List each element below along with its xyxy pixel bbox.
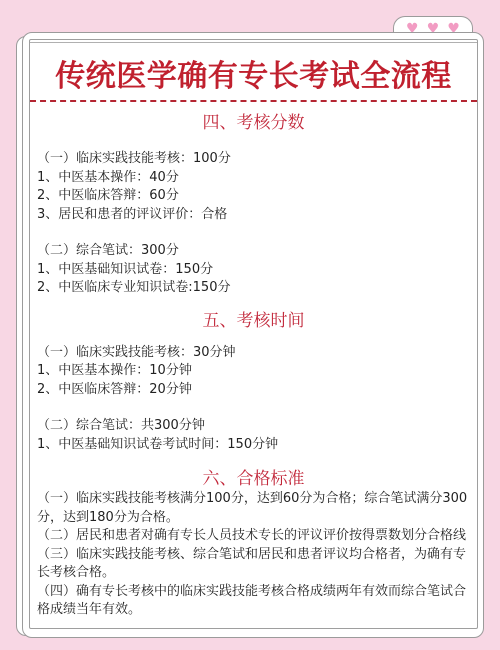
list-item: 2、中医临床专业知识试卷:150分	[37, 279, 470, 298]
list-item: （一）临床实践技能考核：100分	[37, 150, 470, 169]
paragraph: （二）居民和患者对确有专长人员技术专长的评议评价按得票数划分合格线	[37, 527, 470, 546]
list-item: （二）综合笔试：300分	[37, 242, 470, 261]
content: 四、考核分数 （一）临床实践技能考核：100分 1、中医基本操作：40分 2、中…	[37, 106, 470, 620]
list-item: （二）综合笔试：共300分钟	[37, 417, 470, 436]
list-item: 1、中医基本操作：10分钟	[37, 362, 470, 381]
section-heading: 六、合格标准	[37, 468, 470, 490]
section-heading: 五、考核时间	[37, 310, 470, 332]
paragraph: （一）临床实践技能考核满分100分，达到60分为合格；综合笔试满分300分，达到…	[37, 490, 470, 527]
dashed-divider	[30, 100, 477, 102]
list-item: 1、中医基础知识试卷考试时间：150分钟	[37, 436, 470, 455]
list-item: （一）临床实践技能考核：30分钟	[37, 344, 470, 363]
list-item: 1、中医基础知识试卷：150分	[37, 261, 470, 280]
section-heading: 四、考核分数	[37, 112, 470, 134]
list-item: 1、中医基本操作：40分	[37, 169, 470, 188]
list-item: 2、中医临床答辩：60分	[37, 187, 470, 206]
top-rule	[30, 42, 477, 43]
paragraph: （三）临床实践技能考核、综合笔试和居民和患者评议均合格者，为确有专长考核合格。	[37, 546, 470, 583]
page-title: 传统医学确有专长考试全流程	[30, 51, 477, 95]
section-criteria: 六、合格标准 （一）临床实践技能考核满分100分，达到60分为合格；综合笔试满分…	[37, 468, 470, 620]
paragraph: （四）确有专长考核中的临床实践技能考核合格成绩两年有效而综合笔试合格成绩当年有效…	[37, 583, 470, 620]
list-item: 3、居民和患者的评议评价：合格	[37, 206, 470, 225]
list-item: 2、中医临床答辩：20分钟	[37, 381, 470, 400]
section-scores: 四、考核分数 （一）临床实践技能考核：100分 1、中医基本操作：40分 2、中…	[37, 112, 470, 298]
document-panel: 传统医学确有专长考试全流程 四、考核分数 （一）临床实践技能考核：100分 1、…	[29, 39, 478, 629]
section-time: 五、考核时间 （一）临床实践技能考核：30分钟 1、中医基本操作：10分钟 2、…	[37, 310, 470, 455]
